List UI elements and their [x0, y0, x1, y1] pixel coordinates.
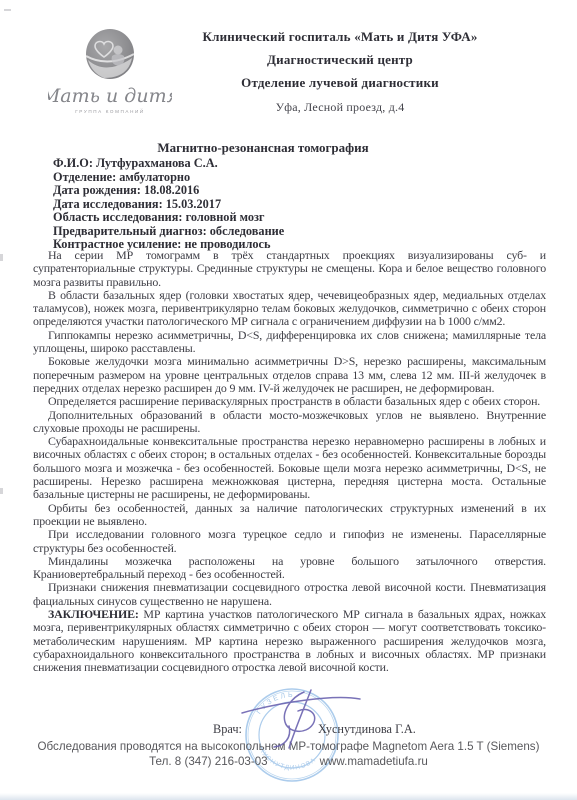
scan-edge-shadow — [0, 793, 577, 800]
report-paragraph: Орбиты без особенностей, данных за налич… — [33, 502, 546, 529]
patient-field-birthdate: Дата рождения: 18.08.2016 — [53, 184, 284, 198]
scan-artifact — [0, 488, 3, 494]
report-paragraph: На серии МР томограмм в трёх стандартных… — [33, 249, 546, 289]
field-label: Дата рождения: — [53, 183, 141, 197]
org-header: Клинический госпиталь «Мать и Дитя УФА» … — [168, 30, 512, 114]
report-paragraph: Гиппокампы нерезко асимметричны, D<S, ди… — [33, 329, 546, 356]
patient-info-block: Ф.И.О: Лутфурахманова С.А. Отделение: ам… — [53, 157, 284, 252]
mother-and-child-logo-icon: Мать и дитя ГРУППА КОМПАНИЙ — [48, 26, 172, 118]
field-value: головной мозг — [186, 210, 265, 224]
conclusion-paragraph: ЗАКЛЮЧЕНИЕ: МР картина участков патологи… — [33, 608, 546, 674]
report-paragraph: Дополнительных образований в области мос… — [33, 409, 546, 436]
conclusion-label: ЗАКЛЮЧЕНИЕ: — [48, 607, 139, 621]
document-title: Магнитно-резонансная томография — [33, 140, 493, 156]
department-line: Отделение лучевой диагностики — [168, 76, 512, 90]
report-paragraph: При исследовании головного мозга турецко… — [33, 528, 546, 555]
patient-field-diagnosis: Предварительный диагноз: обследование — [53, 225, 284, 239]
patient-field-department: Отделение: амбулаторно — [53, 171, 284, 185]
field-label: Ф.И.О: — [53, 156, 93, 170]
field-value: 15.03.2017 — [166, 197, 221, 211]
report-paragraph: Миндалины мозжечка расположены на уровне… — [33, 555, 546, 582]
field-label: Область исследования: — [53, 210, 183, 224]
logo-subtitle-text: ГРУППА КОМПАНИЙ — [75, 107, 145, 114]
field-label: Предварительный диагноз: — [53, 224, 207, 238]
scan-artifact — [0, 254, 3, 261]
patient-field-studydate: Дата исследования: 15.03.2017 — [53, 198, 284, 212]
patient-field-region: Область исследования: головной мозг — [53, 211, 284, 225]
patient-field-fio: Ф.И.О: Лутфурахманова С.А. — [53, 157, 284, 171]
hospital-name: Клинический госпиталь «Мать и Дитя УФА» — [168, 30, 512, 44]
field-label: Дата исследования: — [53, 197, 163, 211]
field-label: Отделение: — [53, 170, 116, 184]
report-paragraph: Субарахноидальные конвекситальные простр… — [33, 435, 546, 501]
scanned-mri-report-page: Мать и дитя ГРУППА КОМПАНИЙ Клинический … — [0, 0, 577, 800]
report-paragraph: Признаки снижения пневматизации сосцевид… — [33, 581, 546, 608]
handwritten-signature-icon — [232, 686, 367, 761]
report-body: На серии МР томограмм в трёх стандартных… — [33, 249, 546, 675]
report-paragraph: Боковые желудочки мозга минимально асимм… — [33, 355, 546, 395]
report-paragraph: В области базальных ядер (головки хвоста… — [33, 289, 546, 329]
field-value: амбулаторно — [119, 170, 190, 184]
hospital-address: Уфа, Лесной проезд, д.4 — [168, 100, 512, 114]
logo-script-text: Мать и дитя — [48, 85, 172, 107]
scan-artifact — [4, 9, 11, 11]
hospital-logo: Мать и дитя ГРУППА КОМПАНИЙ — [48, 26, 172, 123]
diagnostic-center-line: Диагностический центр — [168, 53, 512, 67]
field-value: 18.08.2016 — [144, 183, 199, 197]
field-value: обследование — [210, 224, 284, 238]
report-paragraph: Определяется расширение периваскулярных … — [33, 395, 546, 408]
field-value: Лутфурахманова С.А. — [96, 156, 218, 170]
